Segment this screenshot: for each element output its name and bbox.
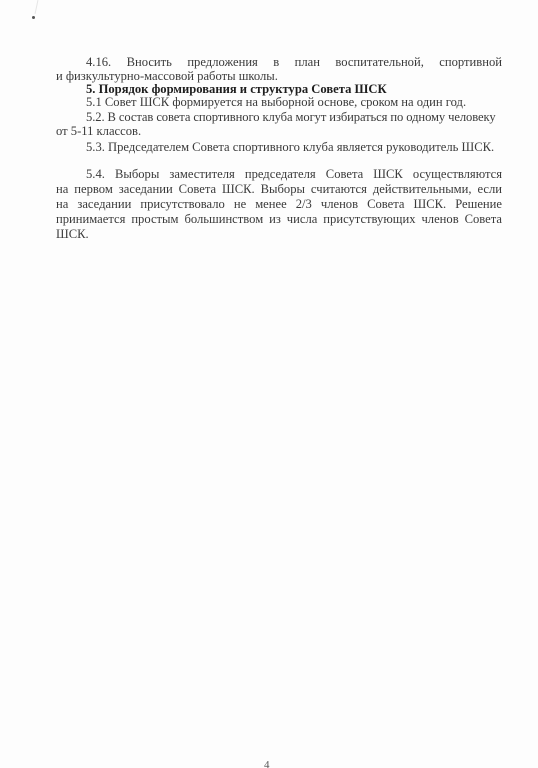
item-5-2-line-1: 5.2. В состав совета спортивного клуба м… (86, 110, 496, 125)
scan-artifact-dot (32, 16, 35, 19)
item-5-4-line-2: на первом заседании Совета ШСК. Выборы с… (56, 182, 502, 197)
item-5-4-line-3: на заседании присутствовало не менее 2/3… (56, 197, 502, 212)
scan-artifact (35, 0, 39, 14)
item-5-4-line-1: 5.4. Выборы заместителя председателя Сов… (86, 167, 502, 182)
item-5-1: 5.1 Совет ШСК формируется на выборной ос… (86, 95, 466, 110)
page-number: 4 (264, 761, 270, 768)
item-5-4-line-5: ШСК. (56, 227, 89, 242)
document-page: 4.16. Вносить предложения в план воспита… (0, 0, 538, 768)
item-5-4-line-4: принимается простым большинством из числ… (56, 212, 502, 227)
item-4-16-line-1: 4.16. Вносить предложения в план воспита… (86, 55, 502, 70)
item-5-2-line-2: от 5-11 классов. (56, 124, 141, 139)
item-5-3: 5.3. Председателем Совета спортивного кл… (86, 140, 494, 155)
